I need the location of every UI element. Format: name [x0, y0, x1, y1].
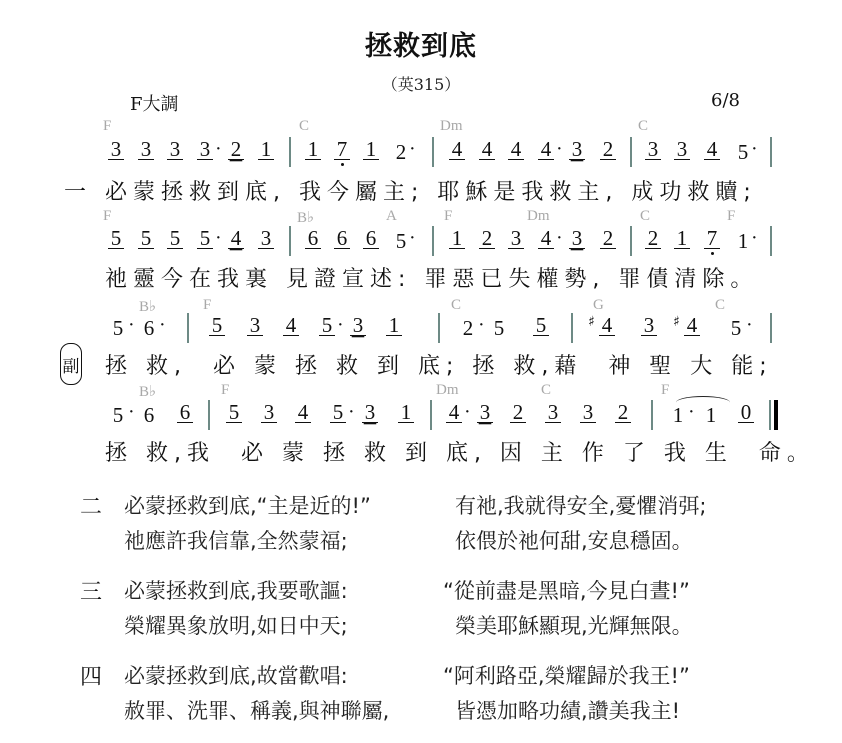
note: 3 [580, 403, 596, 423]
lyrics-line: 拯 救,我 必 蒙 拯 救 到 底, 因 主 作 了 我 生 命。 [105, 436, 815, 467]
sharp-sign: ♯ [588, 314, 595, 330]
dot: · [409, 227, 416, 250]
note: 5 [209, 316, 225, 336]
chord: G [593, 297, 604, 314]
time-signature: 6/8 [711, 90, 740, 111]
sharp-sign: ♯ [673, 314, 680, 330]
verse-text: 祂應許我信靠,全然蒙福; [124, 525, 348, 555]
note: 2 [615, 403, 631, 423]
bar-line [208, 400, 210, 430]
dot: · [556, 227, 563, 250]
bar-line [770, 137, 772, 167]
bar-line [438, 313, 440, 343]
dot: · [128, 401, 135, 424]
bar-line [289, 137, 291, 167]
note: 4 [684, 316, 700, 336]
bar-line [770, 313, 772, 343]
note: 3 [197, 140, 213, 160]
note: 5 [319, 316, 335, 336]
note: 1 [386, 316, 402, 336]
note: 3 [641, 316, 657, 336]
note: 7 [334, 140, 350, 160]
note: 1 [703, 403, 719, 428]
bar-line [651, 400, 653, 430]
note: 2 [600, 229, 616, 249]
chorus-marker: 副 [60, 343, 82, 385]
bar-line [770, 226, 772, 256]
verse-number: 二 [80, 490, 102, 521]
lyrics-line: 拯 救, 必 蒙 拯 救 到 底; 拯 救,藉 神 聖 大 能; [105, 349, 773, 380]
verse-number: 三 [80, 575, 102, 606]
dot: · [688, 401, 695, 424]
note: 3 [545, 403, 561, 423]
note: 0 [738, 403, 754, 423]
chord: B♭ [139, 382, 156, 401]
hymn-title: 拯救到底 [0, 24, 842, 63]
dot: · [348, 401, 355, 424]
verse-text: 有祂,我就得安全,憂懼消弭; [455, 490, 706, 520]
note: 5 [735, 140, 751, 165]
verse-text: 赦罪、洗罪、稱義,與神聯屬, [124, 695, 389, 725]
note: 2 [460, 316, 476, 341]
verse-text: 必蒙拯救到底,我要歌謳: [124, 575, 348, 605]
note: 3 [261, 403, 277, 423]
dot: · [751, 227, 758, 250]
note: 4 [446, 403, 462, 423]
note: 5 [108, 229, 124, 249]
bar-line [432, 226, 434, 256]
note: 3 [674, 140, 690, 160]
note: 5 [491, 316, 507, 341]
note: 3 [258, 229, 274, 249]
note: 3 [138, 140, 154, 160]
dot: · [215, 227, 222, 250]
chord: C [541, 382, 551, 399]
dot: · [751, 138, 758, 161]
note: 4 [538, 140, 554, 160]
note: 4 [283, 316, 299, 336]
note: 1 [363, 140, 379, 160]
note: 4 [538, 229, 554, 249]
chord: F [661, 382, 669, 399]
bar-line [571, 313, 573, 343]
note: 3 [350, 316, 366, 336]
note: 1 [735, 229, 751, 254]
bar-line [187, 313, 189, 343]
note: 5 [138, 229, 154, 249]
chord: Dm [527, 208, 550, 225]
note: 5 [533, 316, 549, 336]
note: 5 [110, 316, 126, 341]
note: 2 [479, 229, 495, 249]
note: 2 [645, 229, 661, 249]
bar-line [630, 137, 632, 167]
verse-number: 一 [64, 175, 86, 206]
verse-text: 榮美耶穌顯現,光輝無限。 [455, 610, 693, 640]
lyrics-line: 祂靈今在我裏 見證宣述: 罪惡已失權勢, 罪債清除。 [105, 262, 758, 293]
note: 1 [398, 403, 414, 423]
dot: · [478, 314, 485, 337]
note: 5 [110, 403, 126, 428]
lyrics-line: 必蒙拯救到底, 我今屬主; 耶穌是我救主, 成功救贖; [105, 175, 757, 206]
bar-line [432, 137, 434, 167]
dot: · [128, 314, 135, 337]
chord: B♭ [139, 297, 156, 316]
bar-line [289, 226, 291, 256]
note: 5 [197, 229, 213, 249]
note: 4 [295, 403, 311, 423]
chord: F [203, 297, 211, 314]
note: 3 [569, 229, 585, 249]
note: 4 [508, 140, 524, 160]
dot: · [337, 314, 344, 337]
verse-text: 必蒙拯救到底,故當歡唱: [124, 660, 348, 690]
verse-text: 榮耀異象放明,如日中天; [124, 610, 348, 640]
bar-line [430, 400, 432, 430]
verse-text: “阿利路亞,榮耀歸於我王!” [443, 660, 690, 690]
note: 5 [167, 229, 183, 249]
bar-line [630, 226, 632, 256]
final-bar-thin [769, 400, 771, 430]
note: 6 [141, 316, 157, 341]
dot: · [464, 401, 471, 424]
note: 2 [510, 403, 526, 423]
note: 1 [670, 403, 686, 428]
dot: · [215, 138, 222, 161]
note: 1 [258, 140, 274, 160]
note: 4 [228, 229, 244, 249]
chord: B♭ [297, 208, 314, 227]
chord: A [386, 208, 397, 225]
chord: F [103, 208, 111, 225]
chord: C [640, 208, 650, 225]
note: 6 [334, 229, 350, 249]
chord: C [638, 118, 648, 135]
note: 3 [247, 316, 263, 336]
dot: · [409, 138, 416, 161]
chord: C [299, 118, 309, 135]
dot: · [746, 314, 753, 337]
note: 4 [599, 316, 615, 336]
chord: F [103, 118, 111, 135]
note: 3 [362, 403, 378, 423]
note: 5 [226, 403, 242, 423]
note: 3 [508, 229, 524, 249]
note: 4 [479, 140, 495, 160]
chord: F [221, 382, 229, 399]
note: 2 [228, 140, 244, 160]
note: 3 [645, 140, 661, 160]
dot: · [159, 314, 166, 337]
verse-text: 必蒙拯救到底,“主是近的!” [124, 490, 371, 520]
note: 5 [393, 229, 409, 254]
note: 4 [704, 140, 720, 160]
verse-text: 皆憑加略功績,讚美我主! [455, 695, 680, 725]
note: 3 [477, 403, 493, 423]
note: 6 [177, 403, 193, 423]
chord: C [451, 297, 461, 314]
key-signature: F大調 [130, 90, 179, 116]
verse-text: “從前盡是黑暗,今見白晝!” [443, 575, 690, 605]
note: 3 [569, 140, 585, 160]
note: 6 [141, 403, 157, 428]
note: 5 [728, 316, 744, 341]
note: 6 [305, 229, 321, 249]
note: 1 [674, 229, 690, 249]
note: 2 [393, 140, 409, 165]
note: 5 [330, 403, 346, 423]
note: 2 [600, 140, 616, 160]
dot: · [556, 138, 563, 161]
note: 3 [108, 140, 124, 160]
note: 4 [449, 140, 465, 160]
note: 1 [449, 229, 465, 249]
note: 7 [704, 229, 720, 249]
verse-number: 四 [80, 660, 102, 691]
note: 3 [167, 140, 183, 160]
chord: Dm [440, 118, 463, 135]
final-bar-thick [774, 400, 778, 430]
chord: C [715, 297, 725, 314]
verse-text: 依偎於祂何甜,安息穩固。 [455, 525, 693, 555]
chord: F [727, 208, 735, 225]
note: 1 [305, 140, 321, 160]
chord: F [444, 208, 452, 225]
note: 6 [363, 229, 379, 249]
chord: Dm [436, 382, 459, 399]
